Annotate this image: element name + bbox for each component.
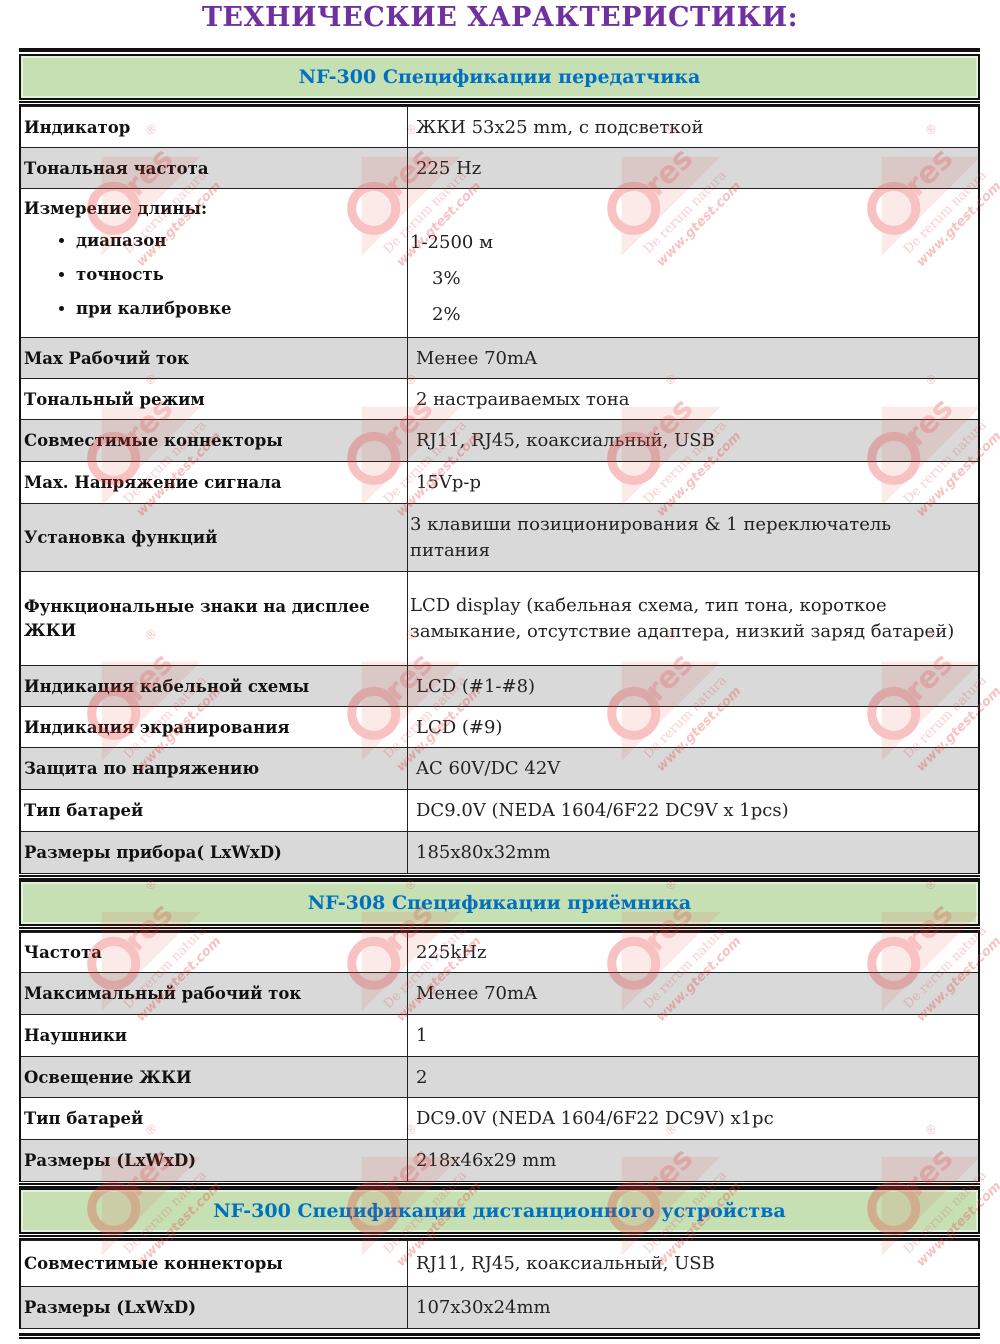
spec-key: Индикация экранирования <box>20 707 408 748</box>
spec-value: 225 Hz <box>408 148 980 189</box>
table-row: Индикация экранирования LCD (#9) <box>20 707 979 748</box>
spec-table: NF-300 Спецификации передатчика Индикато… <box>19 48 980 1339</box>
table-row: Размеры (LxWxD) 218x46x29 mm <box>20 1140 979 1182</box>
spec-value: 107x30x24mm <box>408 1287 980 1329</box>
spec-key: Частота <box>20 933 408 973</box>
spec-subkey: диапазон <box>76 224 404 258</box>
spec-value: 2 настраиваемых тона <box>408 379 980 420</box>
table-row: Функциональные знаки на дисплее ЖКИ LCD … <box>20 572 979 666</box>
spec-key: Тип батарей <box>20 1098 408 1140</box>
table-bottom-rule <box>19 1333 980 1336</box>
section-divider <box>19 926 980 932</box>
spec-key: Защита по напряжению <box>20 748 408 790</box>
spec-key: Тональный режим <box>20 379 408 420</box>
table-row: Размеры (LxWxD) 107x30x24mm <box>20 1287 979 1329</box>
receiver-spec-table: Частота 225kHz Максимальный рабочий ток … <box>19 932 980 1182</box>
section-divider <box>19 1182 980 1188</box>
transmitter-spec-table: Индикатор ЖКИ 53x25 mm, с подсветкой Тон… <box>19 106 980 874</box>
spec-value: 3% <box>410 261 975 297</box>
spec-subkey: при калибровке <box>76 292 404 326</box>
section-divider <box>19 100 980 106</box>
section-divider <box>19 1234 980 1240</box>
spec-key: Наушники <box>20 1015 408 1057</box>
table-row: Тональная частота 225 Hz <box>20 148 979 189</box>
table-row: Защита по напряжению AC 60V/DC 42V <box>20 748 979 790</box>
spec-key: Максимальный рабочий ток <box>20 973 408 1015</box>
spec-value: 185x80x32mm <box>408 832 980 874</box>
table-row: Max Рабочий ток Менее 70mA <box>20 338 979 379</box>
spec-key: Измерение длины: <box>24 199 404 218</box>
spec-key: Освещение ЖКИ <box>20 1057 408 1098</box>
table-row: Максимальный рабочий ток Менее 70mA <box>20 973 979 1015</box>
spec-value: 15Vp-p <box>408 462 980 504</box>
table-row: Размеры прибора( LxWxD) 185x80x32mm <box>20 832 979 874</box>
spec-key: Функциональные знаки на дисплее ЖКИ <box>20 572 408 666</box>
spec-value: 3 клавиши позиционирования & 1 переключа… <box>408 504 980 572</box>
spec-value: AC 60V/DC 42V <box>408 748 980 790</box>
spec-key: Размеры прибора( LxWxD) <box>20 832 408 874</box>
spec-key: Тональная частота <box>20 148 408 189</box>
table-row: Освещение ЖКИ 2 <box>20 1057 979 1098</box>
spec-value: 2% <box>410 297 975 333</box>
spec-key: Установка функций <box>20 504 408 572</box>
table-row: Частота 225kHz <box>20 933 979 973</box>
page-title: ТЕХНИЧЕСКИЕ ХАРАКТЕРИСТИКИ: <box>0 2 1000 33</box>
spec-value: 225kHz <box>408 933 980 973</box>
section-header-transmitter: NF-300 Спецификации передатчика <box>19 54 980 100</box>
spec-value: LCD display (кабельная схема, тип тона, … <box>408 572 980 666</box>
spec-key: Совместимые коннекторы <box>20 1241 408 1287</box>
spec-value: DC9.0V (NEDA 1604/6F22 DC9V) x1pc <box>408 1098 980 1140</box>
spec-key: Тип батарей <box>20 790 408 832</box>
table-row: Установка функций 3 клавиши позициониров… <box>20 504 979 572</box>
spec-value: DC9.0V (NEDA 1604/6F22 DC9V x 1pcs) <box>408 790 980 832</box>
spec-value: 2 <box>408 1057 980 1098</box>
section-divider <box>19 874 980 880</box>
spec-value: 1-2500 м <box>410 225 975 261</box>
table-row: Совместимые коннекторы RJ11, RJ45, коакс… <box>20 420 979 462</box>
spec-key: Max. Напряжение сигнала <box>20 462 408 504</box>
table-row: Измерение длины: диапазон точность при к… <box>20 189 979 338</box>
spec-key-group: Измерение длины: диапазон точность при к… <box>20 189 408 338</box>
spec-value-group: 1-2500 м 3% 2% <box>408 189 980 338</box>
table-bottom-rule-2 <box>19 1337 980 1339</box>
table-row: Наушники 1 <box>20 1015 979 1057</box>
spec-value: 1 <box>408 1015 980 1057</box>
spec-value: RJ11, RJ45, коаксиальный, USB <box>408 1241 980 1287</box>
remote-spec-table: Совместимые коннекторы RJ11, RJ45, коакс… <box>19 1240 980 1329</box>
spec-value: Менее 70mA <box>408 973 980 1015</box>
spec-key: Индикация кабельной схемы <box>20 666 408 707</box>
table-row: Тональный режим 2 настраиваемых тона <box>20 379 979 420</box>
spec-subkey-list: диапазон точность при калибровке <box>24 224 404 326</box>
table-row: Тип батарей DC9.0V (NEDA 1604/6F22 DC9V)… <box>20 1098 979 1140</box>
spec-value: Менее 70mA <box>408 338 980 379</box>
table-row: Тип батарей DC9.0V (NEDA 1604/6F22 DC9V … <box>20 790 979 832</box>
spec-value: 218x46x29 mm <box>408 1140 980 1182</box>
spec-key: Индикатор <box>20 107 408 148</box>
spec-value: LCD (#1-#8) <box>408 666 980 707</box>
table-row: Индикатор ЖКИ 53x25 mm, с подсветкой <box>20 107 979 148</box>
table-row: Совместимые коннекторы RJ11, RJ45, коакс… <box>20 1241 979 1287</box>
table-row: Max. Напряжение сигнала 15Vp-p <box>20 462 979 504</box>
spec-key: Совместимые коннекторы <box>20 420 408 462</box>
section-header-receiver: NF-308 Спецификации приёмника <box>19 880 980 926</box>
spec-subkey: точность <box>76 258 404 292</box>
spec-key: Размеры (LxWxD) <box>20 1287 408 1329</box>
table-row: Индикация кабельной схемы LCD (#1-#8) <box>20 666 979 707</box>
spec-value: LCD (#9) <box>408 707 980 748</box>
spec-value: RJ11, RJ45, коаксиальный, USB <box>408 420 980 462</box>
spec-key: Max Рабочий ток <box>20 338 408 379</box>
section-header-remote: NF-300 Спецификации дистанционного устро… <box>19 1188 980 1234</box>
spec-value: ЖКИ 53x25 mm, с подсветкой <box>408 107 980 148</box>
spec-key: Размеры (LxWxD) <box>20 1140 408 1182</box>
